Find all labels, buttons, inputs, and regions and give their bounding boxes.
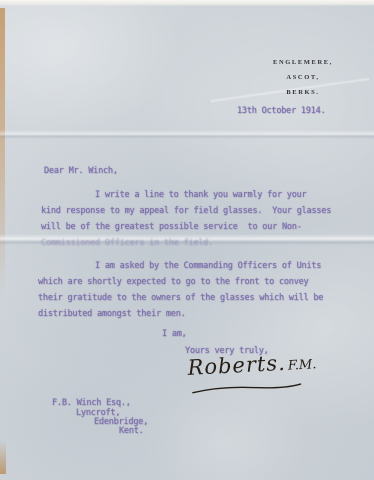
closing-i-am: I am, xyxy=(162,329,187,339)
recipient-line1: F.B. Winch Esq., xyxy=(52,398,131,408)
signature: Roberts.F.M. xyxy=(187,348,339,400)
left-edge-stain xyxy=(0,8,5,298)
paragraph2-line4: distributed amongst their men. xyxy=(38,309,186,319)
paragraph2-line1: I am asked by the Commanding Officers of… xyxy=(95,261,321,271)
bottom-left-stain xyxy=(0,440,6,474)
paragraph1-line3: will be of the greatest possible service… xyxy=(41,222,302,232)
paragraph1-line1: I write a line to thank you warmly for y… xyxy=(95,190,306,200)
paragraph2-line2: which are shortly expected to go to the … xyxy=(38,277,308,287)
date-line: 13th October 1914. xyxy=(237,106,326,116)
paragraph2-line3: their gratitude to the owners of the gla… xyxy=(38,293,323,303)
letter-page: ENGLEMERE, ASCOT, BERKS. 13th October 19… xyxy=(0,0,374,480)
fold-crease-upper xyxy=(0,130,374,139)
salutation: Dear Mr. Winch, xyxy=(44,166,118,176)
letterhead: ENGLEMERE, ASCOT, BERKS. xyxy=(252,55,354,100)
paragraph1-line4: Commissioned Officers in the field. xyxy=(41,238,213,248)
paragraph1-line2: kind response to my appeal for field gla… xyxy=(41,206,331,216)
signature-name: Roberts. xyxy=(187,351,286,380)
paper-top-edge xyxy=(0,0,374,6)
letterhead-line-3: BERKS. xyxy=(252,85,354,100)
recipient-line4: Kent. xyxy=(119,426,144,436)
letterhead-line-2: ASCOT, xyxy=(252,70,354,85)
letterhead-line-1: ENGLEMERE, xyxy=(252,55,354,70)
signature-initials: F.M. xyxy=(287,357,316,373)
signature-flourish-underline xyxy=(191,380,303,396)
